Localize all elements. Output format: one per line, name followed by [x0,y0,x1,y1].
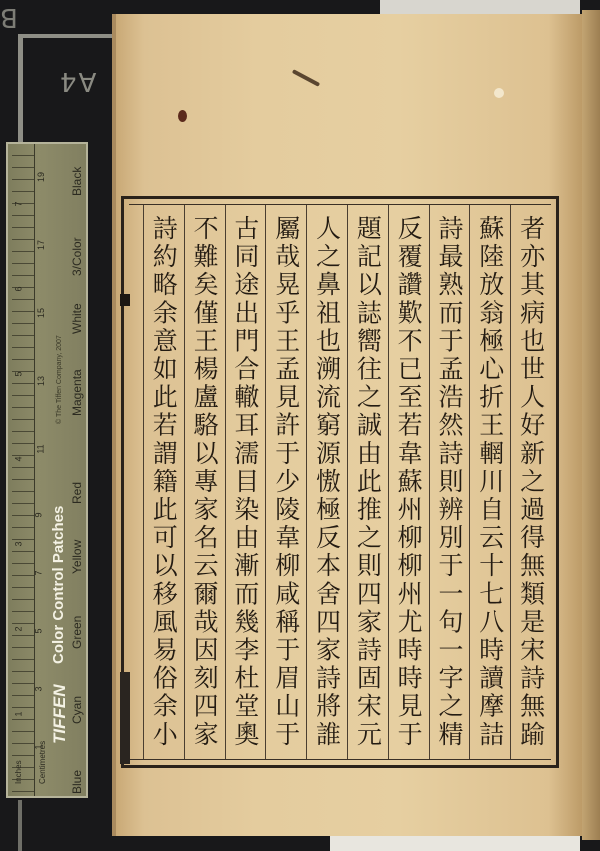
text-column: 題記以誌嚮往之誠由此推之則四家詩固宋元 [347,205,388,759]
inch-tick-label: 2 [14,626,24,631]
patch-label-cyan: Cyan [70,696,84,724]
patch-label-red: Red [70,482,84,504]
paper-size-label: A4 [58,66,96,96]
inches-label: Inches [14,760,23,784]
inch-tick-label: 6 [14,286,24,291]
patch-label-white: White [70,303,84,334]
black-margin-bar [120,672,130,764]
patch-label-black: Black [70,167,84,196]
text-column: 人之鼻祖也溯流窮源慠極反本舍四家詩將誰 [306,205,347,759]
ruler-ticks [12,144,34,796]
text-column: 者亦其病也世人好新之過得無類是宋詩無踰 [510,205,551,759]
patch-label-3color: 3/Color [70,237,84,276]
column-text: 古同途出門合轍耳濡目染由漸而幾李杜堂奧 [233,211,258,753]
page-top-strip [380,0,580,14]
inch-tick-label: 1 [14,711,24,716]
patch-label-yellow: Yellow [70,540,84,574]
column-text: 詩約略余意如此若謂籍此可以移風易俗余小 [151,211,176,753]
strip-title: Color Control Patches [50,506,67,664]
inch-tick-label: 5 [14,371,24,376]
patch-label-blue: Blue [70,770,84,794]
page-edge [582,10,600,840]
cm-tick-label: 19 [36,172,46,182]
cm-tick-label: 9 [34,512,44,517]
patch-label-green: Green [70,616,84,649]
column-text: 人之鼻祖也溯流窮源慠極反本舍四家詩將誰 [315,211,340,753]
tiffen-logo: TIFFEN [50,685,70,745]
page-bottom-strip [330,836,580,851]
paper-stain [292,69,320,87]
column-text: 反覆讚歎不已至若韋蘇州柳柳州尤時時見于 [396,211,421,753]
paper-stain [178,110,187,122]
inch-tick-label: 4 [14,456,24,461]
ruler-line [34,144,35,796]
text-column: 蘇陸放翁極心折王輞川自云十七八時讀摩詰 [469,205,510,759]
text-column: 屬哉晃乎王孟見許于少陵韋柳咸稱于眉山于 [265,205,306,759]
grid-line [18,34,113,38]
text-columns: 者亦其病也世人好新之過得無類是宋詩無踰 蘇陸放翁極心折王輞川自云十七八時讀摩詰 … [129,204,551,760]
inch-tick-label: 7 [14,201,24,206]
margin-column [129,205,143,759]
cm-tick-label: 13 [36,376,46,386]
copyright-text: © The Tiffen Company, 2007 [56,335,63,424]
column-text: 題記以誌嚮往之誠由此推之則四家詩固宋元 [355,211,380,753]
cm-tick-label: 5 [34,628,44,633]
cm-tick-label: 17 [36,240,46,250]
cm-tick-label: 15 [36,308,46,318]
column-text: 屬哉晃乎王孟見許于少陵韋柳咸稱于眉山于 [274,211,299,753]
column-text: 蘇陸放翁極心折王輞川自云十七八時讀摩詰 [478,211,503,753]
column-text: 者亦其病也世人好新之過得無類是宋詩無踰 [519,211,544,753]
text-frame: 者亦其病也世人好新之過得無類是宋詩無踰 蘇陸放翁極心折王輞川自云十七八時讀摩詰 … [121,196,559,768]
paper-stain [494,88,504,98]
column-text: 詩最熟而于孟浩然詩則辨別于一句一字之精 [437,211,462,753]
text-column: 不難矣僅王楊盧駱以專家名云爾哉因刻四家 [184,205,225,759]
text-column: 古同途出門合轍耳濡目染由漸而幾李杜堂奧 [225,205,266,759]
text-column: 詩約略余意如此若謂籍此可以移風易俗余小 [143,205,184,759]
cm-tick-label: 3 [34,686,44,691]
backdrop-corner-letter: B [0,2,18,32]
cm-tick-label: 11 [36,444,46,453]
text-column: 反覆讚歎不已至若韋蘇州柳柳州尤時時見于 [388,205,429,759]
cm-tick-label: 1 [34,744,44,749]
color-control-strip: Centimetres Inches TIFFEN Color Control … [6,142,88,798]
text-column: 詩最熟而于孟浩然詩則辨別于一句一字之精 [429,205,470,759]
grid-line [18,34,23,144]
patch-label-magenta: Magenta [70,369,84,416]
grid-line [18,800,22,851]
column-text: 不難矣僅王楊盧駱以專家名云爾哉因刻四家 [192,211,217,753]
inch-tick-label: 3 [14,541,24,546]
fishtail-mark [120,294,130,306]
cm-tick-label: 7 [34,570,44,575]
